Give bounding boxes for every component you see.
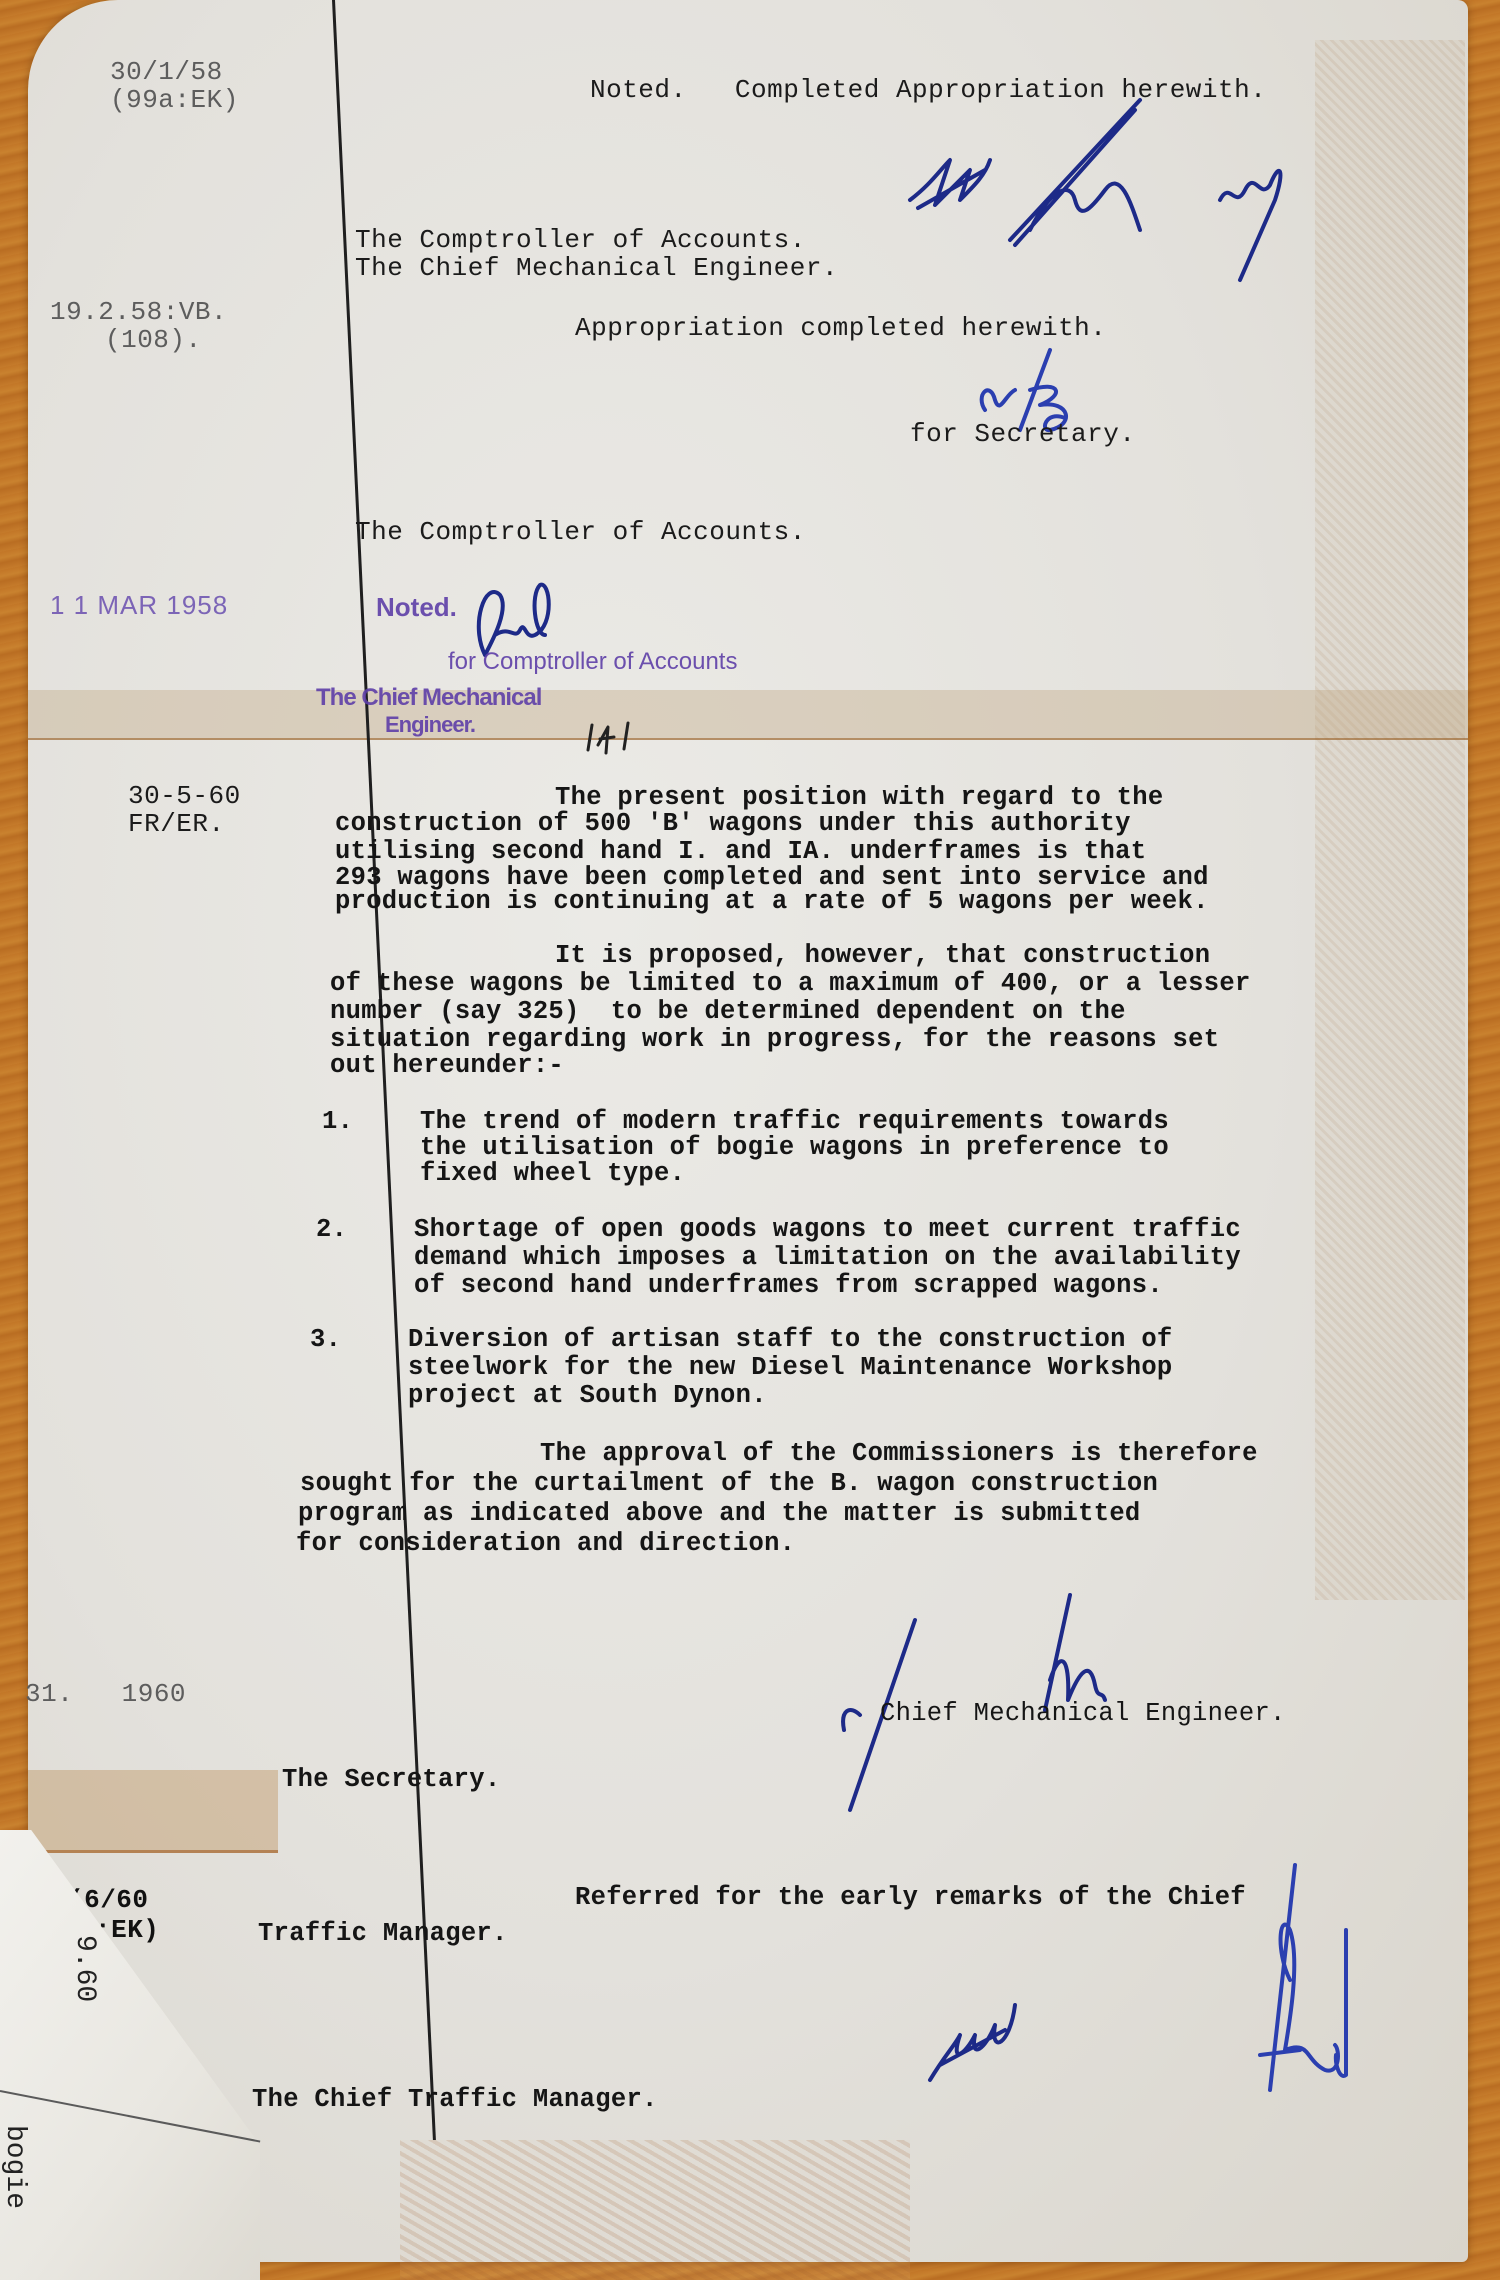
paper-stain — [400, 2140, 910, 2280]
paragraph-line: sought for the curtailment of the B. wag… — [300, 1470, 1158, 1497]
handwritten-note-icon — [580, 715, 640, 760]
addressee: The Comptroller of Accounts. — [355, 518, 806, 546]
stamp-signoff: for Comptroller of Accounts — [448, 648, 737, 676]
curled-corner-text: 9.60 — [69, 1935, 100, 2002]
paragraph-line: construction of 500 'B' wagons under thi… — [335, 810, 1131, 837]
addressee: The Chief Mechanical Engineer. — [355, 254, 838, 282]
margin-ref: (108). — [105, 326, 202, 354]
paragraph-line: utilising second hand I. and IA. underfr… — [335, 838, 1146, 865]
curled-corner-text: bogie — [0, 2125, 30, 2209]
paragraph-line: of these wagons be limited to a maximum … — [330, 970, 1251, 997]
list-item-line: fixed wheel type. — [420, 1160, 685, 1187]
addressee: The Chief Traffic Manager. — [252, 2086, 658, 2113]
list-item-line: demand which imposes a limitation on the… — [414, 1244, 1241, 1271]
signoff: for Secretary. — [910, 420, 1135, 448]
stamp-addressee: The Chief Mechanical — [316, 684, 541, 712]
paragraph-line: out hereunder:- — [330, 1052, 564, 1079]
memo-line: Traffic Manager. — [258, 1920, 508, 1947]
paragraph-line: situation regarding work in progress, fo… — [330, 1026, 1219, 1053]
stamp-addressee: Engineer. — [385, 712, 475, 738]
paragraph-line: program as indicated above and the matte… — [298, 1500, 1141, 1527]
date-stamp: 1 1 MAR 1958 — [50, 590, 228, 621]
signature-icon — [1250, 1860, 1370, 2100]
margin-ref: (99a:EK) — [110, 86, 239, 114]
signature-icon — [890, 90, 1370, 290]
margin-date: 30-5-60 — [128, 782, 241, 810]
margin-date: 30/1/58 — [110, 58, 223, 86]
list-item-line: project at South Dynon. — [408, 1382, 767, 1409]
list-number: 3. — [310, 1326, 341, 1353]
signoff: Chief Mechanical Engineer. — [880, 1700, 1286, 1727]
stamp-noted: Noted. — [376, 592, 457, 623]
margin-faint-date: 31. 1960 — [25, 1680, 186, 1708]
addressee: The Comptroller of Accounts. — [355, 226, 806, 254]
list-item-line: the utilisation of bogie wagons in prefe… — [420, 1134, 1169, 1161]
paragraph-line: The approval of the Commissioners is the… — [540, 1440, 1258, 1467]
list-item-line: steelwork for the new Diesel Maintenance… — [408, 1354, 1173, 1381]
list-item-line: The trend of modern traffic requirements… — [420, 1108, 1169, 1135]
signature-icon — [915, 1985, 1035, 2095]
list-number: 2. — [316, 1216, 347, 1243]
list-item-line: of second hand underframes from scrapped… — [414, 1272, 1163, 1299]
list-item-line: Shortage of open goods wagons to meet cu… — [414, 1216, 1241, 1243]
list-number: 1. — [322, 1108, 353, 1135]
paragraph-line: number (say 325) to be determined depend… — [330, 998, 1126, 1025]
tape-repair — [28, 690, 1468, 740]
memo-line: Appropriation completed herewith. — [575, 314, 1106, 342]
margin-ref: FR/ER. — [128, 810, 225, 838]
addressee: The Secretary. — [282, 1766, 500, 1793]
paragraph-line: production is continuing at a rate of 5 … — [335, 888, 1209, 915]
margin-date: 19.2.58:VB. — [50, 298, 227, 326]
paragraph-line: It is proposed, however, that constructi… — [555, 942, 1210, 969]
paragraph-line: for consideration and direction. — [296, 1530, 795, 1557]
tape-repair — [28, 1770, 278, 1853]
paragraph-line: The present position with regard to the — [555, 784, 1164, 811]
memo-line: Referred for the early remarks of the Ch… — [575, 1884, 1246, 1911]
list-item-line: Diversion of artisan staff to the constr… — [408, 1326, 1173, 1353]
